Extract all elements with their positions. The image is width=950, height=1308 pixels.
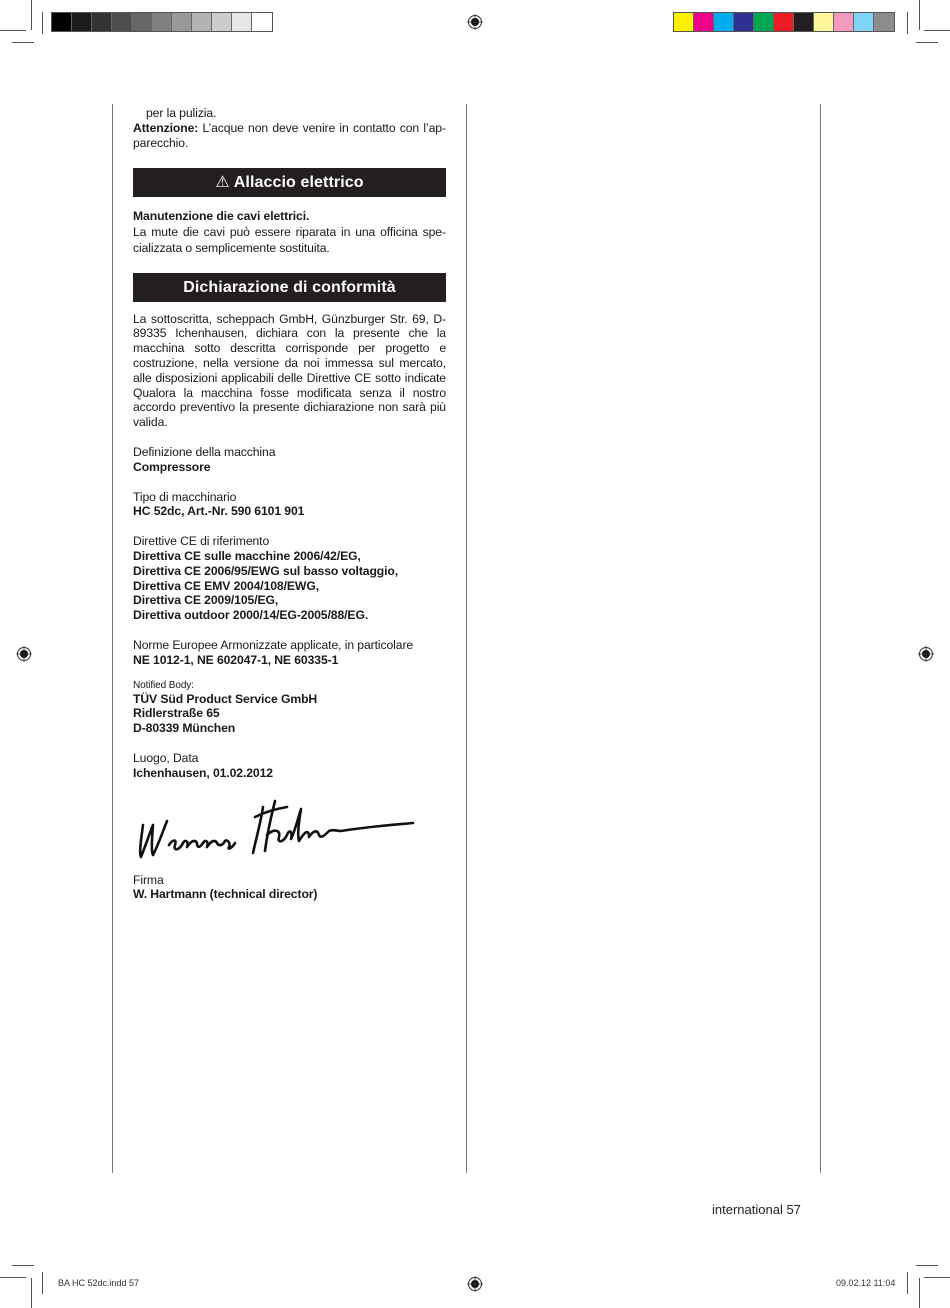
directive-item: Direttiva CE 2006/95/EWG sul basso volta…	[133, 564, 446, 579]
crop-mark	[31, 0, 32, 30]
column-rule-middle	[466, 104, 467, 1173]
column-rule-right	[820, 104, 821, 1173]
registration-target-icon	[467, 14, 483, 30]
handwritten-signature	[135, 795, 425, 865]
color-swatch	[774, 13, 794, 31]
section-header-conformity: Dichiarazione di conformità	[133, 273, 446, 302]
color-swatch	[694, 13, 714, 31]
registration-target-icon	[16, 646, 32, 662]
directive-item: Direttiva CE sulle macchine 2006/42/EG,	[133, 549, 446, 564]
color-swatch	[112, 13, 132, 31]
color-swatch	[794, 13, 814, 31]
directives-label: Direttive CE di riferimento	[133, 534, 446, 549]
directive-item: Direttiva outdoor 2000/14/EG-2005/88/EG.	[133, 608, 446, 623]
color-swatch	[72, 13, 92, 31]
color-swatch	[192, 13, 212, 31]
crop-mark	[12, 42, 34, 43]
directive-item: Direttiva CE EMV 2004/108/EWG,	[133, 579, 446, 594]
machine-definition-label: Definizione della macchina	[133, 445, 446, 460]
place-date-label: Luogo, Data	[133, 751, 446, 766]
text-column: per la pulizia. Attenzione: L’acque non …	[133, 106, 446, 902]
crop-mark	[919, 0, 920, 30]
color-swatch	[152, 13, 172, 31]
crop-mark	[924, 30, 950, 31]
color-swatch	[674, 13, 694, 31]
color-swatch	[734, 13, 754, 31]
crop-mark	[42, 1272, 43, 1294]
notified-body-line: TÜV Süd Product Service GmbH	[133, 692, 446, 707]
machine-definition-value: Compressore	[133, 460, 446, 475]
directive-item: Direttiva CE 2009/105/EG,	[133, 593, 446, 608]
continuation-text: per la pulizia.	[133, 106, 446, 121]
crop-mark	[31, 1278, 32, 1308]
color-swatch	[854, 13, 874, 31]
signature-label: Firma	[133, 873, 446, 888]
color-swatch	[252, 13, 272, 31]
crop-mark	[907, 12, 908, 34]
section-title: Allaccio elettrico	[234, 174, 364, 191]
slug-datetime: 09.02.12 11:04	[836, 1278, 895, 1288]
notified-body-line: Ridlerstraße 65	[133, 706, 446, 721]
color-swatch	[714, 13, 734, 31]
attention-label: Attenzione:	[133, 121, 198, 135]
color-swatch	[172, 13, 192, 31]
crop-mark	[924, 1277, 950, 1278]
norms-label: Norme Europee Armonizzate applicate, in …	[133, 638, 446, 653]
crop-mark	[0, 30, 26, 31]
color-swatch	[52, 13, 72, 31]
color-swatch	[232, 13, 252, 31]
registration-target-icon	[467, 1276, 483, 1292]
registration-target-icon	[918, 646, 934, 662]
notified-body-line: D-80339 München	[133, 721, 446, 736]
crop-mark	[907, 1272, 908, 1294]
crop-mark	[916, 42, 938, 43]
color-swatch	[212, 13, 232, 31]
crop-mark	[916, 1265, 938, 1266]
color-swatch	[754, 13, 774, 31]
crop-mark	[0, 1277, 26, 1278]
electric-subtitle: Manutenzione die cavi elettrici.	[133, 209, 446, 224]
attention-note: Attenzione: L’acque non deve venire in c…	[133, 121, 446, 151]
color-swatch	[92, 13, 112, 31]
section-header-electric: ⚠ Allaccio elettrico	[133, 168, 446, 197]
notified-body-label: Notified Body:	[133, 679, 446, 692]
signatory-name: W. Hartmann (technical director)	[133, 887, 446, 902]
warning-triangle-icon: ⚠	[215, 174, 229, 191]
machine-type-value: HC 52dc, Art.-Nr. 590 6101 901	[133, 504, 446, 519]
crop-mark	[919, 1278, 920, 1308]
page-number-label: international 57	[712, 1202, 801, 1217]
conformity-body: La sottoscritta, scheppach GmbH, Günzbur…	[133, 312, 446, 430]
crop-mark	[42, 12, 43, 34]
color-swatch	[132, 13, 152, 31]
process-color-bar	[673, 12, 895, 32]
place-date-value: Ichenhausen, 01.02.2012	[133, 766, 446, 781]
norms-value: NE 1012-1, NE 602047-1, NE 60335-1	[133, 653, 446, 668]
machine-type-label: Tipo di macchinario	[133, 490, 446, 505]
color-swatch	[814, 13, 834, 31]
electric-body: La mute die cavi può essere riparata in …	[133, 224, 446, 256]
color-swatch	[834, 13, 854, 31]
color-swatch	[874, 13, 894, 31]
grayscale-color-bar	[51, 12, 273, 32]
slug-file-info: BA HC 52dc.indd 57	[58, 1278, 139, 1288]
column-rule-left	[112, 104, 113, 1173]
crop-mark	[12, 1265, 34, 1266]
